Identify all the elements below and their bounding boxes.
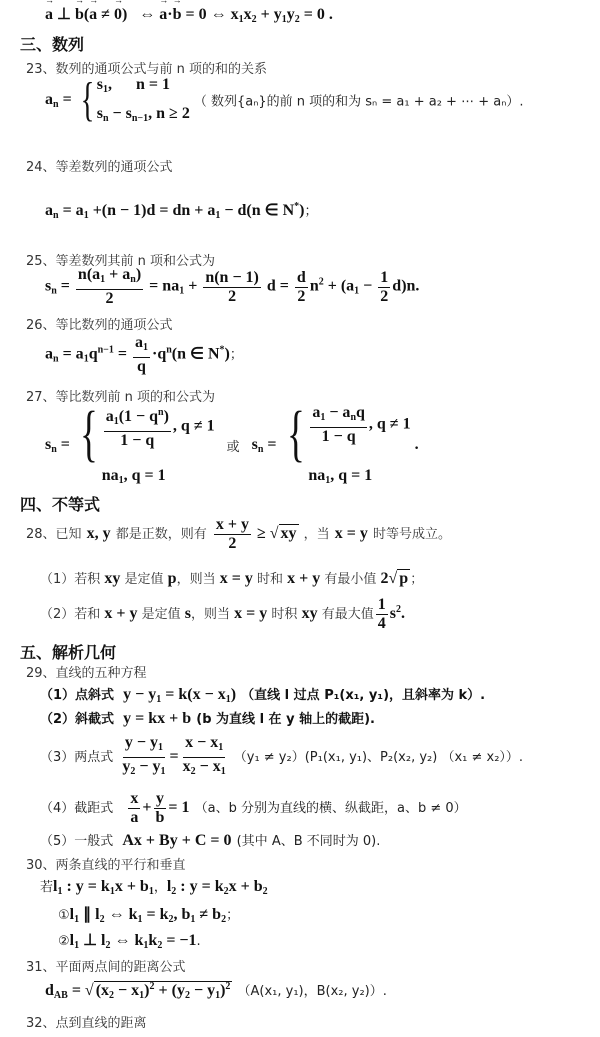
item-24-formula: an = a1 +(n − 1)d = dn + a1 − d(n ∈ N*)；: [45, 200, 317, 221]
vector-perpendicular-formula: a ⊥ b(a ≠ 0) ⇔ a·b = 0 ⇔ x1x2 + y1y2 = 0…: [45, 4, 333, 25]
line-two-point: （3）两点式 y − y1y2 − y1=x − x1x2 − x1 （y₁ ≠…: [40, 734, 523, 781]
item-26-title: 26、等比数列的通项公式: [26, 314, 173, 333]
item-32-title: 32、点到直线的距离: [26, 1012, 147, 1031]
item-31-title: 31、平面两点间的距离公式: [26, 956, 186, 975]
item-28-statement: 28、已知 x, y 都是正数，则有 x + y2 ≥ √xy ，当 x = y…: [26, 516, 451, 553]
or-label: 或: [227, 440, 240, 455]
line-point-slope: （1）点斜式 y − y1 = k(x − x1) （直线 l 过点 P₁(x₁…: [40, 684, 485, 705]
line-slope-intercept: （2）斜截式 y = kx + b (b 为直线 l 在 y 轴上的截距).: [40, 708, 375, 728]
item-30-perpendicular: ②l1 ⊥ l2 ⇔ k1k2 = −1.: [58, 930, 201, 951]
item-26-formula: an = a1qn−1 = a1q·qn(n ∈ N*)；: [45, 334, 243, 376]
item-23-formula: an = { s1, n = 1 sn − sn−1, n ≥ 2 （ 数列{a…: [45, 76, 524, 124]
line-intercept: （4）截距式 xa+yb= 1 （a、b 分别为直线的横、纵截距，a、b ≠ 0…: [40, 790, 467, 827]
item-30-parallel: ①l1 ∥ l2 ⇔ k1 = k2, b1 ≠ b2；: [58, 904, 239, 925]
section-heading-analytic-geometry: 五、解析几何: [20, 640, 116, 663]
item-28-sub-2: （2）若和 x + y 是定值 s，则当 x = y 时积 xy 有最大值14s…: [40, 596, 405, 633]
item-29-title: 29、直线的五种方程: [26, 662, 147, 681]
item-30-given: 若l1 : y = k1x + b1，l2 : y = k2x + b2: [40, 876, 268, 897]
item-27-formula: sn = { a1(1 − qn)1 − q, q ≠ 1 na1, q = 1…: [45, 404, 419, 486]
item-24-title: 24、等差数列的通项公式: [26, 156, 173, 175]
item-23-title: 23、数列的通项公式与前 n 项的和的关系: [26, 58, 267, 77]
item-28-sub-1: （1）若积 xy 是定值 p，则当 x = y 时和 x + y 有最小值 2√…: [40, 568, 423, 588]
item-27-title: 27、等比数列前 n 项的和公式为: [26, 386, 215, 405]
section-heading-sequences: 三、数列: [20, 32, 84, 55]
item-30-title: 30、两条直线的平行和垂直: [26, 854, 186, 873]
item-25-formula: sn = n(a1 + an)2 = na1 + n(n − 1)2 d = d…: [45, 266, 419, 308]
section-heading-inequalities: 四、不等式: [20, 492, 100, 515]
item-31-formula: dAB = √(x2 − x1)2 + (y2 − y1)2 （A(x₁, y₁…: [45, 980, 387, 1001]
line-general: （5）一般式 Ax + By + C = 0 (其中 A、B 不同时为 0).: [40, 830, 380, 850]
item-23-note: （ 数列{aₙ}的前 n 项的和为 sₙ = a₁ + a₂ + ⋯ + aₙ）…: [194, 95, 524, 110]
